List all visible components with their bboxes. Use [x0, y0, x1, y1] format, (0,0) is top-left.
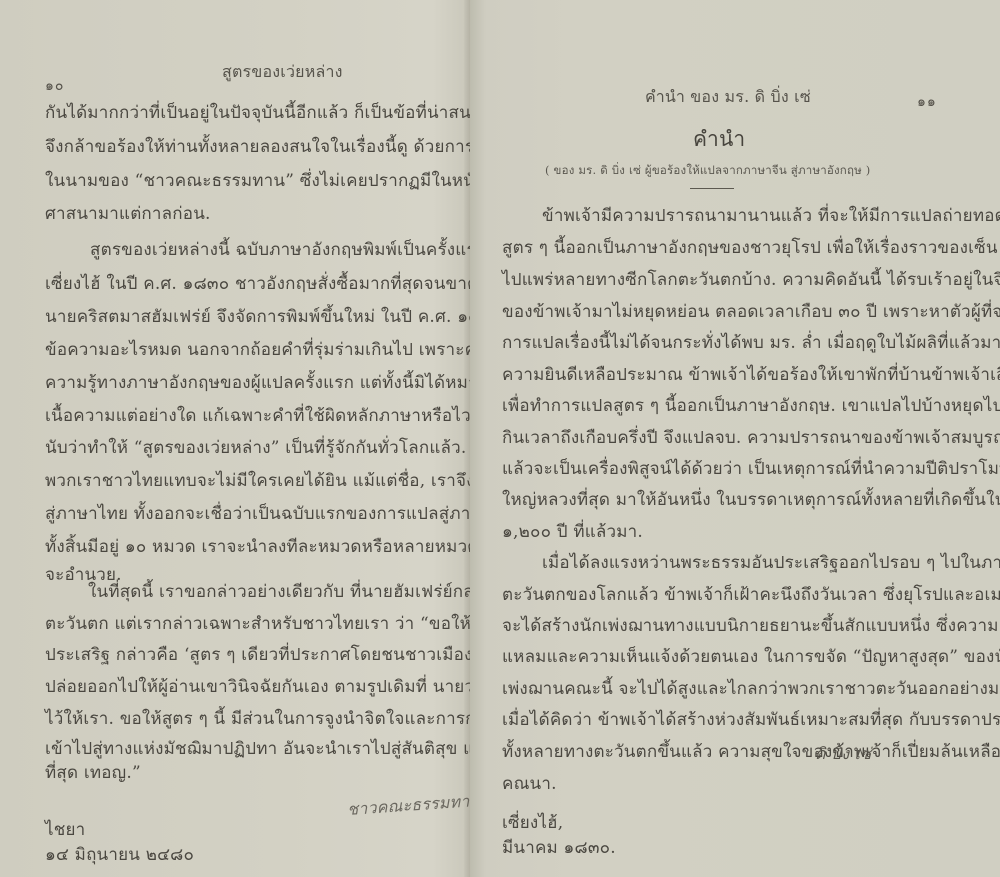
running-head: คำนำ ของ มร. ดิ บิ่ง เซ่: [645, 87, 811, 107]
body-line: ข้อความอะไรหมด นอกจากถ้อยคำที่รุ่มร่ามเก…: [45, 340, 470, 360]
body-line: เมื่อได้คิดว่า ข้าพเจ้าได้สร้างห่วงสัมพั…: [502, 710, 1000, 730]
right-page: คำนำ ของ มร. ดิ บิ่ง เซ่ ๑๑ คำนำ ( ของ ม…: [470, 0, 1000, 877]
body-line: สูตรของเว่ยหล่างนี้ ฉบับภาษาอังกฤษพิมพ์เ…: [90, 240, 470, 260]
body-line: นับว่าทำให้ “สูตรของเว่ยหล่าง” เป็นที่รู…: [45, 438, 470, 458]
body-line: ของข้าพเจ้ามาไม่หยุดหย่อน ตลอดเวลาเกือบ …: [502, 302, 1000, 322]
body-line: ตะวันตก แต่เรากล่าวเฉพาะสำหรับชาวไทยเรา …: [45, 614, 470, 634]
body-line: การแปลเรื่องนี้ไม่ได้จนกระทั่งได้พบ มร. …: [502, 333, 1000, 353]
signature: ชาวคณะธรรมทาน: [347, 791, 470, 820]
place: ไชยา: [45, 820, 85, 840]
running-head: สูตรของเว่ยหล่าง: [222, 62, 343, 82]
body-line: แล้วจะเป็นเครื่องพิสูจน์ได้ด้วยว่า เป็นเ…: [502, 459, 1000, 479]
date: มีนาคม ๑๘๓๐.: [502, 838, 616, 858]
body-line: ที่สุด เทอญ.”: [45, 763, 141, 783]
body-line: ทั้งหลายทางตะวันตกขึ้นแล้ว ความสุขใจของข…: [502, 742, 1000, 762]
date: ๑๔ มิถุนายน ๒๔๘๐: [45, 845, 194, 865]
page-number: ๑๑: [917, 92, 937, 112]
body-line: เพื่อทำการแปลสูตร ๆ นี้ออกเป็นภาษาอังกฤษ…: [502, 396, 1000, 416]
body-line: ในที่สุดนี้ เราขอกล่าวอย่างเดียวกับ ที่น…: [88, 582, 470, 602]
body-line: เพ่งฌานคณะนี้ จะไปได้สูงและไกลกว่าพวกเรา…: [502, 679, 1000, 699]
body-line: นายคริสตมาสฮัมเฟร่ย์ จึงจัดการพิมพ์ขึ้นใ…: [45, 307, 470, 327]
body-line: ไปแพร่หลายทางซีกโลกตะวันตกบ้าง. ความคิดอ…: [502, 270, 1000, 290]
body-line: สูตร ๆ นี้ออกเป็นภาษาอังกฤษของชาวยุโรป เ…: [502, 238, 1000, 258]
body-line: คณนา.: [502, 774, 557, 794]
body-line: แหลมและความเห็นแจ้งด้วยตนเอง ในการขจัด “…: [502, 647, 1000, 667]
body-line: ใหญ่หลวงที่สุด มาให้อันหนึ่ง ในบรรดาเหตุ…: [502, 490, 1000, 510]
signature: ดิ บิ่ง เซ่: [815, 744, 871, 764]
body-line: เนื้อความแต่อย่างใด แก้เฉพาะคำที่ใช้ผิดห…: [45, 406, 470, 426]
body-line: สู่ภาษาไทย ทั้งออกจะเชื่อว่าเป็นฉบับแรกข…: [45, 504, 470, 524]
body-line: ในนามของ “ชาวคณะธรรมทาน” ซึ่งไม่เคยปรากฏ…: [45, 171, 470, 191]
body-line: กันได้มากกว่าที่เป็นอยู่ในปัจจุบันนี้อีก…: [45, 103, 470, 123]
left-page: ๑๐ สูตรของเว่ยหล่าง กันได้มากกว่าที่เป็น…: [0, 0, 470, 877]
body-line: พวกเราชาวไทยแทบจะไม่มีใครเคยได้ยิน แม้แต…: [45, 471, 470, 491]
body-line: ทั้งสิ้นมีอยู่ ๑๐ หมวด เราจะนำลงทีละหมวด…: [45, 537, 470, 557]
body-line: ๑,๒๐๐ ปี ที่แล้วมา.: [502, 522, 643, 542]
page-number: ๑๐: [45, 76, 64, 96]
body-line: เซี่ยงไฮ้ ในปี ค.ศ. ๑๘๓๐ ชาวอังกฤษสั่งซื…: [45, 274, 470, 294]
place: เซี่ยงไฮ้,: [502, 813, 563, 833]
body-line: เมื่อได้ลงแรงหว่านพระธรรมอันประเสริฐออกไ…: [542, 553, 1000, 573]
section-subtitle: ( ของ มร. ดิ บิ่ง เซ่ ผู้ขอร้องให้แปลจาก…: [545, 160, 870, 180]
body-line: ประเสริฐ กล่าวคือ ‘สูตร ๆ เดียวที่ประกาศ…: [45, 645, 470, 665]
body-line: ข้าพเจ้ามีความปรารถนามานานแล้ว ที่จะให้ม…: [542, 206, 1000, 226]
divider: [690, 188, 734, 189]
body-line: ปล่อยออกไปให้ผู้อ่านเขาวินิจฉัยกันเอง ตา…: [45, 677, 470, 697]
body-line: ความยินดีเหลือประมาณ ข้าพเจ้าได้ขอร้องให…: [502, 365, 1000, 385]
body-line: เข้าไปสู่ทางแห่งมัชฌิมาปฏิปทา อันจะนำเรา…: [45, 739, 470, 759]
body-line: ศาสนามาแต่กาลก่อน.: [45, 204, 211, 224]
body-line: กินเวลาถึงเกือบครึ่งปี จึงแปลจบ. ความปรา…: [502, 428, 1000, 448]
body-line: ไว้ให้เรา. ขอให้สูตร ๆ นี้ มีส่วนในการจู…: [45, 709, 470, 729]
body-line: ตะวันตกของโลกแล้ว ข้าพเจ้าก็เฝ้าคะนึงถึง…: [502, 585, 1000, 605]
body-line: จึงกล้าขอร้องให้ท่านทั้งหลายลองสนใจในเรื…: [45, 137, 470, 157]
section-title: คำนำ: [693, 129, 745, 149]
body-line: จะได้สร้างนักเพ่งฌานทางแบบนิกายธยานะขึ้น…: [502, 616, 1000, 636]
body-line: ความรู้ทางภาษาอังกฤษของผู้แปลครั้งแรก แต…: [45, 373, 470, 393]
